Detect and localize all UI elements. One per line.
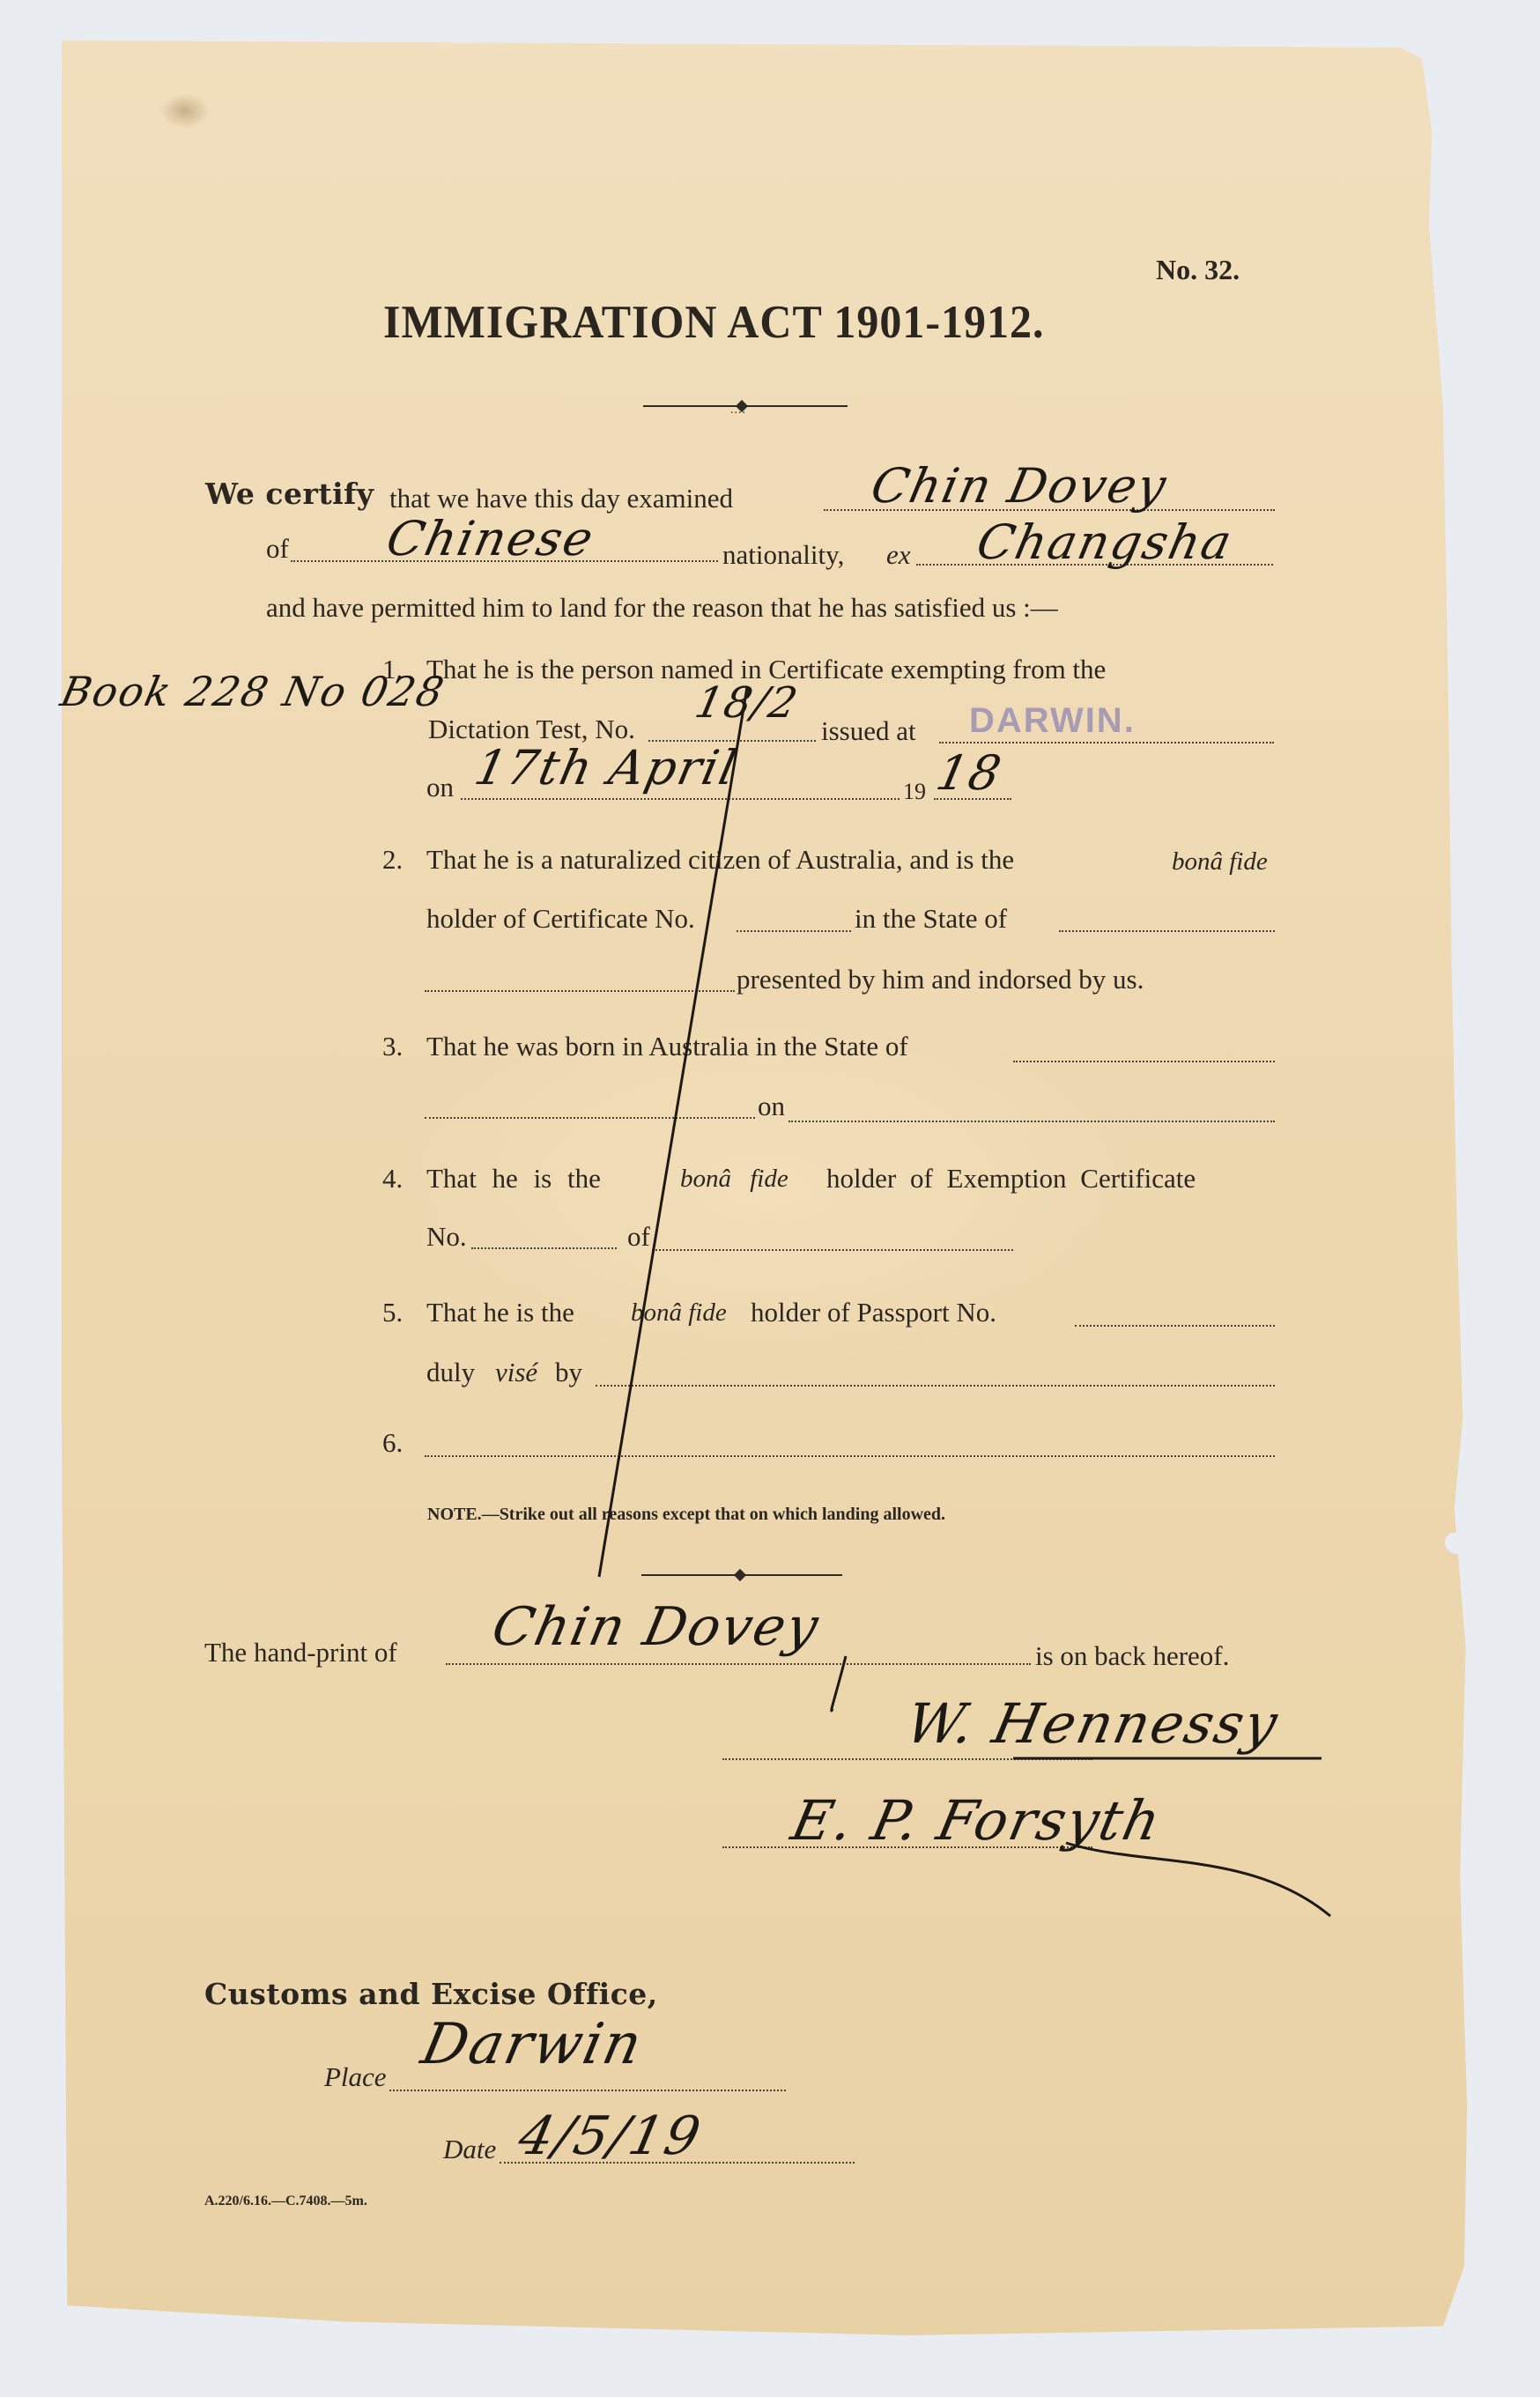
- strike-out-line: [0, 0, 1540, 2397]
